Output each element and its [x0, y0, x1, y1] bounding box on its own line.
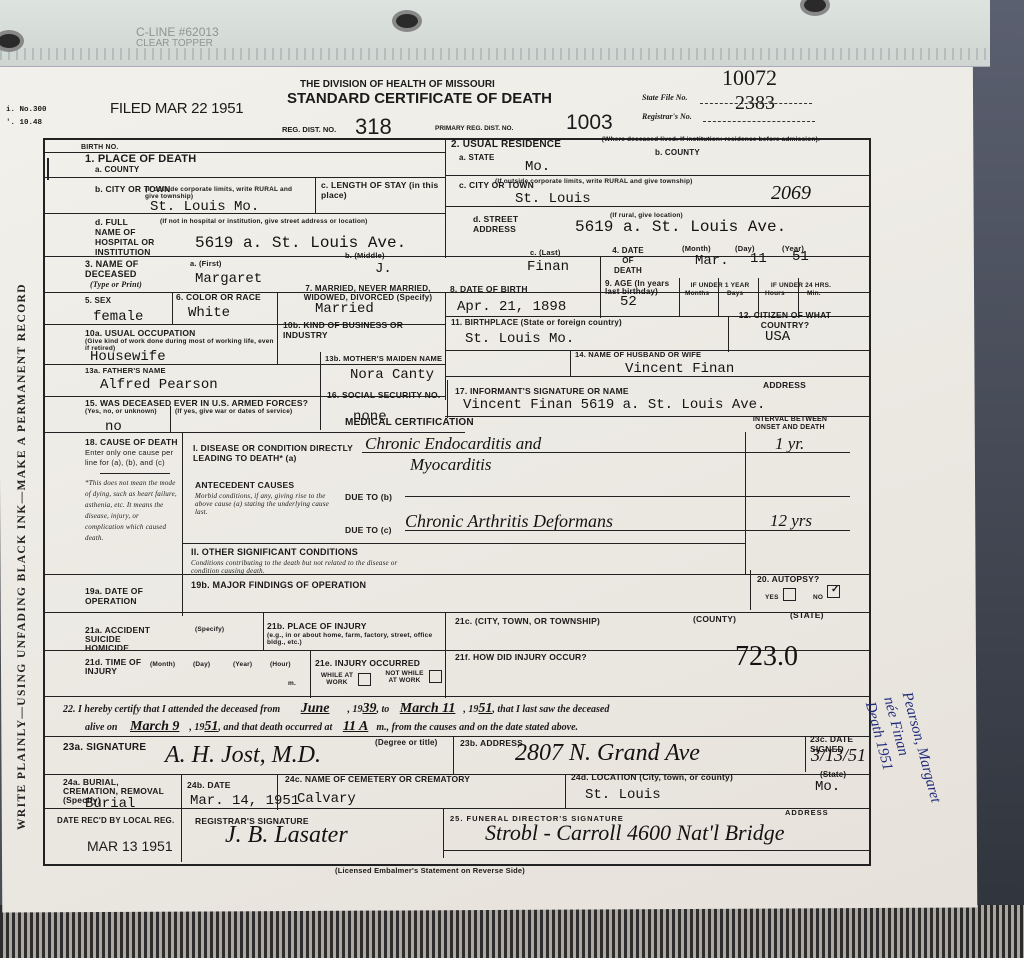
father-value: Alfred Pearson [100, 378, 218, 393]
res-city-code: 2069 [771, 184, 811, 202]
mother-value: Nora Canty [350, 368, 434, 383]
injury-state-label: (STATE) [790, 610, 824, 620]
first-name-value: Margaret [195, 272, 262, 287]
cemetery-value: Calvary [297, 792, 356, 807]
last-name-label: c. (Last) [530, 248, 561, 258]
death-time: 11 A [335, 719, 377, 734]
physician-address-label: 23b. ADDRESS [460, 738, 523, 748]
registrar-label: Registrar's No. [642, 112, 692, 121]
residence-label: 2. USUAL RESIDENCE [451, 140, 561, 150]
res-city-value: St. Louis [515, 192, 591, 207]
middle-name-label: b. (Middle) [345, 251, 385, 261]
cause-footnote: *This does not mean the mode of dying, s… [85, 478, 177, 544]
dod-day-value: 11 [750, 252, 767, 267]
checkmark-icon: ✓ [831, 584, 839, 595]
injury-place-label: 21b. PLACE OF INJURY [267, 621, 447, 631]
primary-reg-number: 1003 [566, 111, 613, 135]
dob-label: 8. DATE OF BIRTH [450, 284, 528, 294]
attended-to-date: March 11 [392, 701, 464, 716]
registrar-signature: J. B. Lasater [225, 826, 348, 844]
occupation-label: 10a. USUAL OCCUPATION [85, 328, 195, 338]
institution-value: 5619 a. St. Louis Ave. [195, 236, 406, 251]
burial-date-value: Mar. 14, 1951 [190, 794, 299, 809]
filed-stamp: FILED MAR 22 1951 [110, 100, 243, 117]
degree-label: (Degree or title) [375, 738, 438, 748]
place-of-death-label: 1. PLACE OF DEATH [85, 154, 196, 164]
primary-reg-label: PRIMARY REG. DIST. NO. [435, 125, 513, 132]
citizen-value: USA [765, 330, 790, 345]
injury-m-label: m. [288, 680, 296, 687]
cemetery-label: 24c. NAME OF CEMETERY OR CREMATORY [285, 774, 470, 784]
sex-label: 5. SEX [85, 296, 111, 306]
burial-location-value: St. Louis [585, 788, 661, 803]
attended-to-year: 51 [478, 701, 492, 716]
institution-note: (If not in hospital or institution, give… [160, 218, 450, 225]
dob-value: Apr. 21, 1898 [457, 300, 566, 315]
reg-dist-number: 318 [355, 114, 392, 140]
cause-line-a-continued: Myocarditis [410, 456, 492, 474]
alive-on-date: March 9 [120, 719, 189, 734]
pod-county-label: a. COUNTY [95, 165, 139, 175]
cert-line-text: 22. I hereby certify that I attended the… [63, 704, 280, 715]
birth-no-label: BIRTH NO. [81, 144, 119, 151]
antecedent-note: Morbid conditions, if any, giving rise t… [195, 492, 340, 516]
res-county-label: b. COUNTY [655, 148, 700, 158]
citizen-label: 12. CITIZEN OF WHAT COUNTRY? [735, 310, 835, 330]
attended-from-month: June [283, 701, 348, 716]
sex-value: female [93, 310, 143, 325]
reg-dist-label: REG. DIST. NO. [282, 125, 336, 134]
res-state-value: Mo. [525, 160, 550, 175]
cert-line-text: alive on [85, 722, 118, 733]
institution-label: d. FULL NAME OF HOSPITAL OR INSTITUTION [95, 217, 155, 257]
father-label: 13a. FATHER'S NAME [85, 366, 166, 376]
interval-a-value: 1 yr. [775, 435, 804, 453]
last-name-value: Finan [527, 260, 569, 275]
topper-label: C-LINE #62013 CLEAR TOPPER [136, 26, 219, 50]
pod-city-note: (If outside corporate limits, write RURA… [145, 186, 305, 200]
certification-line-2: alive on March 9, 1951, and that death o… [85, 718, 578, 736]
mother-label: 13b. MOTHER'S MAIDEN NAME [325, 354, 442, 364]
state-file-label: State File No. [642, 93, 688, 102]
cause-line-c-value: Chronic Arthritis Deformans [405, 512, 613, 530]
vertical-instruction: WRITE PLAINLY—USING UNFADING BLACK INK—M… [16, 190, 28, 830]
spouse-label: 14. NAME OF HUSBAND OR WIFE [575, 350, 701, 360]
physician-address-value: 2807 N. Grand Ave [515, 744, 700, 762]
race-label: 6. COLOR OR RACE [176, 292, 261, 302]
medical-certification-title: MEDICAL CERTIFICATION [345, 418, 474, 428]
name-note: (Type or Print) [90, 280, 142, 290]
res-state-label: a. STATE [459, 153, 495, 163]
topper-brand: C-LINE #62013 [136, 26, 219, 38]
state-file-number: 10072 [722, 65, 777, 91]
registrar-number: 2383 [735, 92, 775, 115]
burial-date-label: 24b. DATE [187, 780, 231, 790]
cert-line-text: , and that death occurred at [218, 722, 332, 733]
margin-stamp-line: '. 10.48 [6, 117, 47, 130]
date-received-label: DATE REC'D BY LOCAL REG. [57, 816, 175, 825]
informant-address-label: ADDRESS [763, 380, 806, 390]
autopsy-yes-checkbox[interactable] [783, 588, 796, 601]
injury-code-value: 723.0 [735, 648, 798, 666]
margin-stamp-line: i. No.300 [6, 104, 47, 117]
name-label: 3. NAME OF DECEASED [85, 259, 165, 279]
cert-line-text: , to [376, 704, 389, 715]
date-signed-value: 3/13/51 [811, 746, 866, 764]
not-while-at-work-label: NOT WHILE AT WORK [382, 670, 427, 684]
cause-line-a-label: I. DISEASE OR CONDITION DIRECTLY LEADING… [193, 443, 363, 463]
burial-location-label: 24d. LOCATION (City, town, or county) [571, 772, 733, 782]
autopsy-no-label: NO [813, 594, 823, 601]
other-conditions-label: II. OTHER SIGNIFICANT CONDITIONS [191, 547, 358, 557]
res-street-value: 5619 a. St. Louis Ave. [575, 220, 786, 235]
spouse-value: Vincent Finan [625, 362, 734, 377]
cause-of-death-label: 18. CAUSE OF DEATH [85, 437, 178, 447]
binder-ring-icon [800, 0, 830, 16]
under-1-year-label: IF UNDER 1 YEAR [685, 282, 755, 289]
other-conditions-note: Conditions contributing to the death but… [191, 559, 411, 575]
injury-occurred-label: 21e. INJURY OCCURRED [315, 658, 420, 668]
residence-note: (Where deceased lived. If institution: r… [575, 136, 820, 143]
race-value: White [188, 306, 230, 321]
age-label: 9. AGE (In years last birthday) [605, 280, 675, 296]
armed-service-note: (If yes, give war or dates of service) [175, 408, 292, 415]
physician-signature: A. H. Jost, M.D. [165, 746, 321, 764]
disposition-value: Burial [85, 797, 135, 812]
first-name-label: a. (First) [190, 259, 222, 269]
informant-label: 17. INFORMANT'S SIGNATURE OR NAME [455, 386, 629, 396]
informant-value: Vincent Finan 5619 a. St. Louis Ave. [463, 398, 765, 413]
cause-instruction: Enter only one cause per line for (a), (… [85, 448, 175, 468]
injury-county-label: (COUNTY) [693, 614, 736, 624]
res-street-label: d. STREET ADDRESS [473, 214, 533, 234]
burial-state-value: Mo. [815, 780, 840, 795]
birthplace-label: 11. BIRTHPLACE (State or foreign country… [451, 318, 622, 328]
accident-label: 21a. ACCIDENT SUICIDE HOMICIDE [85, 626, 155, 653]
margin-stamp: i. No.300 '. 10.48 [6, 104, 47, 130]
days-label: Days [727, 290, 743, 297]
cert-line-text: m., from the causes and on the date stat… [376, 722, 578, 733]
age-value: 52 [620, 295, 637, 310]
tablecloth-background [0, 905, 1024, 958]
due-to-b-label: DUE TO (b) [345, 492, 392, 502]
hours-label: Hours [765, 290, 785, 297]
attended-from-year: 39 [362, 701, 376, 716]
binder-ring-icon [392, 10, 422, 32]
injury-place-note: (e.g., in or about home, farm, factory, … [267, 632, 447, 646]
operation-date-label: 19a. DATE OF OPERATION [85, 586, 185, 606]
cert-line-text: , 19 [189, 722, 204, 733]
date-received-value: MAR 13 1951 [87, 838, 173, 854]
min-label: Min. [807, 290, 821, 297]
months-label: Months [685, 290, 709, 297]
cause-line-a-value: Chronic Endocarditis and [365, 435, 541, 453]
autopsy-label: 20. AUTOPSY? [757, 574, 819, 584]
date-of-death-label: 4. DATE OF DEATH [608, 246, 648, 276]
certificate-title: STANDARD CERTIFICATE OF DEATH [287, 90, 552, 107]
funeral-address-label: ADDRESS [785, 808, 829, 818]
marital-label: 7. MARRIED, NEVER MARRIED, WIDOWED, DIVO… [283, 284, 453, 302]
injury-year-label: (Year) [233, 661, 252, 668]
cert-line-text: , 19 [347, 704, 362, 715]
marital-value: Married [315, 302, 374, 317]
certification-line-1: 22. I hereby certify that I attended the… [63, 700, 609, 718]
not-while-at-work-checkbox[interactable] [429, 670, 442, 683]
middle-name-value: J. [375, 262, 392, 277]
injury-day-label: (Day) [193, 661, 210, 668]
while-at-work-label: WHILE AT WORK [317, 672, 357, 686]
injury-hour-label: (Hour) [270, 661, 291, 668]
cert-line-text: , that I last saw the deceased [492, 704, 609, 715]
length-of-stay-label: c. LENGTH OF STAY (in this place) [321, 180, 441, 200]
autopsy-no-checkbox[interactable]: ✓ [827, 585, 840, 598]
armed-forces-label: 15. WAS DECEASED EVER IN U.S. ARMED FORC… [85, 398, 308, 408]
certificate-form: BIRTH NO. 1. PLACE OF DEATH a. COUNTY b.… [43, 138, 871, 866]
signature-label: 23a. SIGNATURE [63, 743, 146, 753]
alive-on-year: 51 [204, 719, 218, 734]
while-at-work-checkbox[interactable] [358, 673, 371, 686]
birthplace-value: St. Louis Mo. [465, 332, 574, 347]
autopsy-yes-label: YES [765, 594, 779, 601]
cert-line-text: , 19 [463, 704, 478, 715]
armed-forces-note: (Yes, no, or unknown) [85, 408, 157, 415]
antecedent-causes-label: ANTECEDENT CAUSES [195, 480, 294, 490]
ssn-label: 16. SOCIAL SECURITY NO. [327, 390, 447, 400]
occupation-value: Housewife [90, 350, 166, 365]
injury-month-label: (Month) [150, 661, 175, 668]
time-of-injury-label: 21d. TIME OF INJURY [85, 658, 145, 676]
how-injury-label: 21f. HOW DID INJURY OCCUR? [455, 652, 587, 662]
res-city-note: (If outside corporate limits, write RURA… [495, 178, 775, 185]
interval-label: INTERVAL BETWEEN ONSET AND DEATH [745, 416, 835, 432]
under-24-hrs-label: IF UNDER 24 HRS. [761, 282, 841, 289]
topper-name: CLEAR TOPPER [136, 38, 219, 50]
dod-year-value: 51 [792, 250, 809, 265]
operation-findings-label: 19b. MAJOR FINDINGS OF OPERATION [191, 580, 366, 590]
embalmer-footer: (Licensed Embalmer's Statement on Revers… [335, 866, 525, 876]
interval-c-value: 12 yrs [770, 512, 812, 530]
due-to-c-label: DUE TO (c) [345, 525, 392, 535]
agency-name: THE DIVISION OF HEALTH OF MISSOURI [300, 79, 495, 90]
dod-month-value: Mar. [695, 254, 729, 269]
business-label: 10b. KIND OF BUSINESS OR INDUSTRY [283, 320, 443, 340]
injury-city-label: 21c. (CITY, TOWN, OR TOWNSHIP) [455, 616, 600, 626]
accident-specify-label: (Specify) [195, 626, 224, 633]
funeral-director-signature: Strobl - Carroll 4600 Nat'l Bridge [485, 824, 784, 842]
